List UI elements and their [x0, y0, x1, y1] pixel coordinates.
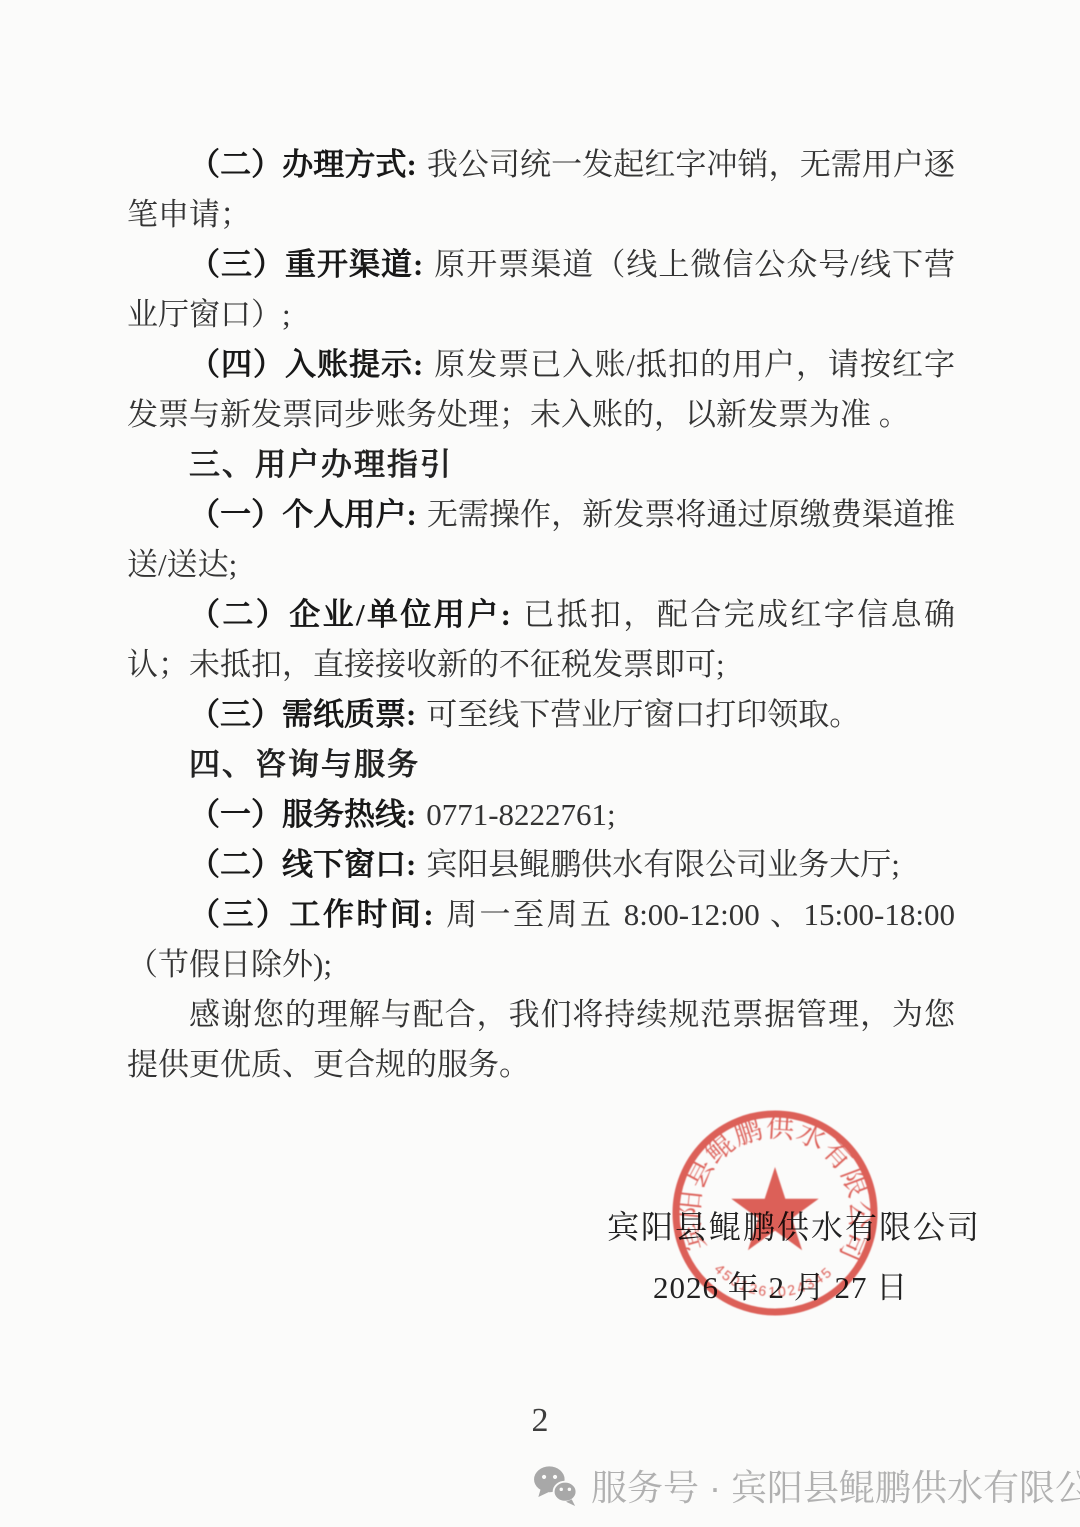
- paragraph-label: （一）个人用户:: [189, 497, 417, 532]
- paragraph: （二）企业/单位用户:已抵扣，配合完成红字信息确认；未抵扣，直接接收新的不征税发…: [127, 590, 955, 690]
- paragraph: （四）入账提示:原发票已入账/抵扣的用户，请按红字发票与新发票同步账务处理；未入…: [127, 340, 955, 440]
- document-body: （二）办理方式:我公司统一发起红字冲销，无需用户逐笔申请； （三）重开渠道:原开…: [127, 140, 955, 1090]
- star-icon: [731, 1167, 818, 1250]
- paragraph-label: （二）办理方式:: [189, 147, 417, 182]
- paragraph-label: （三）工作时间:: [189, 897, 434, 932]
- paragraph-text: 宾阳县鲲鹏供水有限公司业务大厅;: [426, 847, 900, 882]
- paragraph-text: 感谢您的理解与配合，我们将持续规范票据管理，为您提供更优质、更合规的服务。: [127, 997, 955, 1082]
- official-seal: 宾阳县鲲鹏供水有限公司 4501261024345: [665, 1103, 885, 1323]
- paragraph: （二）办理方式:我公司统一发起红字冲销，无需用户逐笔申请；: [127, 140, 955, 240]
- paragraph: （三）工作时间:周一至周五 8:00-12:00 、15:00-18:00（节假…: [127, 890, 955, 990]
- section-heading-label: 三、用户办理指引: [189, 447, 453, 482]
- paragraph: （一）个人用户:无需操作，新发票将通过原缴费渠道推送/送达;: [127, 490, 955, 590]
- section-heading: 三、用户办理指引: [127, 440, 955, 490]
- paragraph-text: 可至线下营业厅窗口打印领取。: [426, 697, 860, 732]
- wechat-icon: [533, 1465, 579, 1507]
- paragraph-text: 0771-8222761;: [426, 797, 615, 832]
- paragraph: （三）重开渠道:原开票渠道（线上微信公众号/线下营业厅窗口）;: [127, 240, 955, 340]
- paragraph-label: （一）服务热线:: [189, 797, 416, 832]
- paragraph: （一）服务热线:0771-8222761;: [127, 790, 955, 840]
- paragraph-label: （二）线下窗口:: [189, 847, 416, 882]
- paragraph-label: （三）重开渠道:: [189, 247, 423, 282]
- page-number: 2: [0, 1402, 1080, 1440]
- section-heading: 四、咨询与服务: [127, 740, 955, 790]
- section-heading-label: 四、咨询与服务: [189, 747, 420, 782]
- footer-watermark: 服务号 · 宾阳县鲲鹏供水有限公司: [533, 1460, 1080, 1511]
- paragraph-label: （四）入账提示:: [189, 347, 423, 382]
- footer-label: 服务号 · 宾阳县鲲鹏供水有限公司: [591, 1460, 1080, 1511]
- paragraph: （三）需纸质票:可至线下营业厅窗口打印领取。: [127, 690, 955, 740]
- paragraph-label: （三）需纸质票:: [189, 697, 416, 732]
- closing-paragraph: 感谢您的理解与配合，我们将持续规范票据管理，为您提供更优质、更合规的服务。: [127, 990, 955, 1090]
- paragraph: （二）线下窗口:宾阳县鲲鹏供水有限公司业务大厅;: [127, 840, 955, 890]
- seal-code-arc: 4501261024345: [711, 1261, 836, 1300]
- paragraph-label: （二）企业/单位用户:: [189, 597, 511, 632]
